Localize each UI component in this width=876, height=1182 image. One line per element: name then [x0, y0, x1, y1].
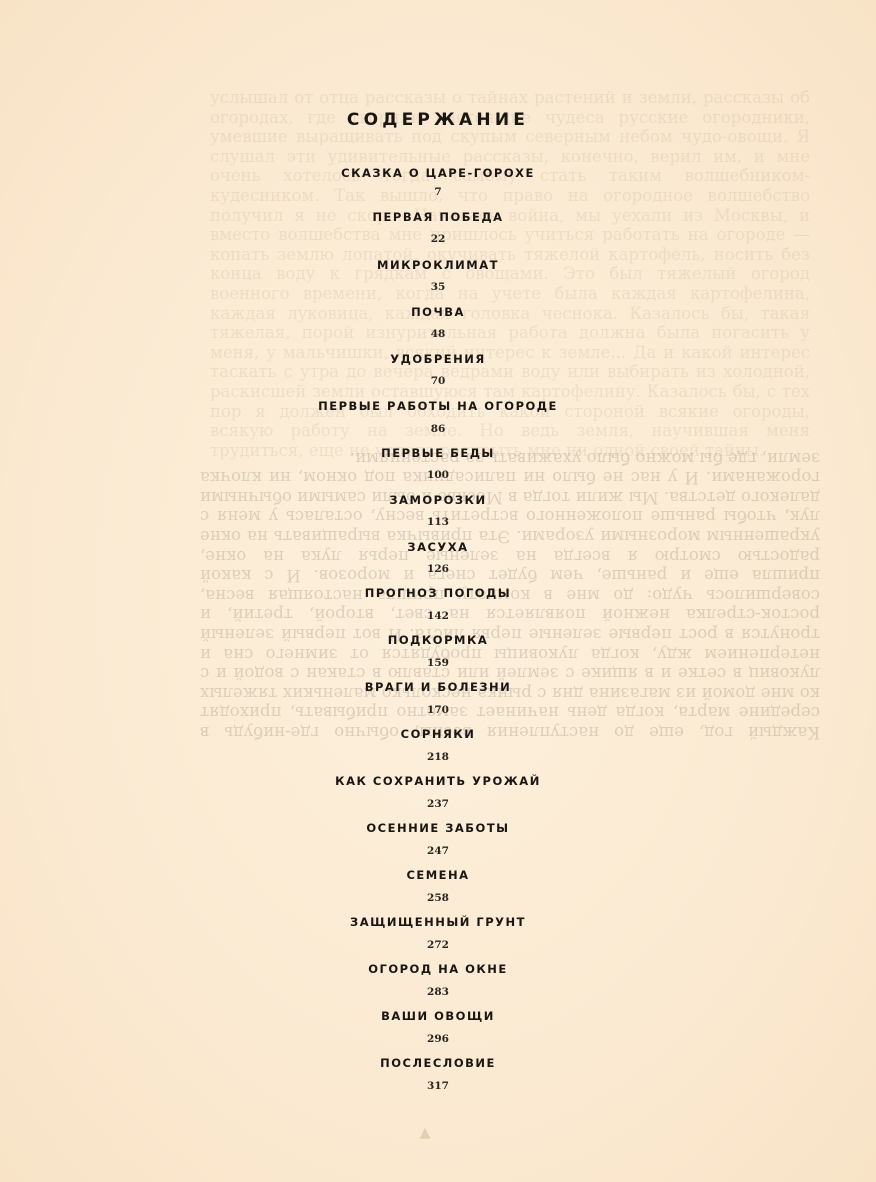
toc-entry-page: 272	[0, 939, 876, 951]
toc-entry-title: ПЕРВЫЕ РАБОТЫ НА ОГОРОДЕ	[0, 399, 876, 413]
toc-entry-title: ОСЕННИЕ ЗАБОТЫ	[0, 821, 876, 835]
toc-entry-title: ПОЧВА	[0, 305, 876, 319]
toc-entry-page: 113	[0, 516, 876, 528]
toc-entry-page: 86	[0, 423, 876, 435]
toc-entry-title: ЗАСУХА	[0, 540, 876, 554]
toc-entry-page: 237	[0, 798, 876, 810]
toc-heading: СОДЕРЖАНИЕ	[0, 110, 876, 130]
toc-entry-page: 100	[0, 469, 876, 481]
toc-entry-page: 170	[0, 704, 876, 716]
toc-entry-title: ПЕРВЫЕ БЕДЫ	[0, 446, 876, 460]
toc-entry-title: УДОБРЕНИЯ	[0, 352, 876, 366]
bleed-through-ornament-icon: ▴	[405, 1120, 445, 1160]
toc-entry-title: СКАЗКА О ЦАРЕ-ГОРОХЕ	[0, 166, 876, 180]
toc-entry-page: 218	[0, 751, 876, 763]
toc-entry-title: ВРАГИ И БОЛЕЗНИ	[0, 680, 876, 694]
toc-entry-title: СОРНЯКИ	[0, 727, 876, 741]
toc-entry-page: 142	[0, 610, 876, 622]
toc-entry-title: КАК СОХРАНИТЬ УРОЖАЙ	[0, 774, 876, 788]
toc-entry-page: 283	[0, 986, 876, 998]
toc-entry-title: ПЕРВАЯ ПОБЕДА	[0, 210, 876, 224]
toc-entry-page: 247	[0, 845, 876, 857]
toc-entry-title: МИКРОКЛИМАТ	[0, 258, 876, 272]
toc-entry-title: ПРОГНОЗ ПОГОДЫ	[0, 586, 876, 600]
toc-entry-page: 258	[0, 892, 876, 904]
toc-entry-page: 22	[0, 233, 876, 245]
toc-entry-title: ЗАМОРОЗКИ	[0, 493, 876, 507]
toc-entry-title: ОГОРОД НА ОКНЕ	[0, 962, 876, 976]
toc-entry-title: ВАШИ ОВОЩИ	[0, 1009, 876, 1023]
toc-entry-page: 7	[0, 186, 876, 198]
toc-entry-page: 126	[0, 563, 876, 575]
toc-entry-page: 317	[0, 1080, 876, 1092]
toc-entry-page: 70	[0, 375, 876, 387]
toc-entry-title: ЗАЩИЩЕННЫЙ ГРУНТ	[0, 915, 876, 929]
book-page: услышал от отца рассказы о тайнах растен…	[0, 0, 876, 1182]
toc-entry-title: ПОСЛЕСЛОВИЕ	[0, 1056, 876, 1070]
toc-entry-page: 296	[0, 1033, 876, 1045]
toc-entry-page: 35	[0, 281, 876, 293]
toc-entry-page: 159	[0, 657, 876, 669]
toc-entry-title: СЕМЕНА	[0, 868, 876, 882]
toc-entry-title: ПОДКОРМКА	[0, 633, 876, 647]
toc-entry-page: 48	[0, 328, 876, 340]
